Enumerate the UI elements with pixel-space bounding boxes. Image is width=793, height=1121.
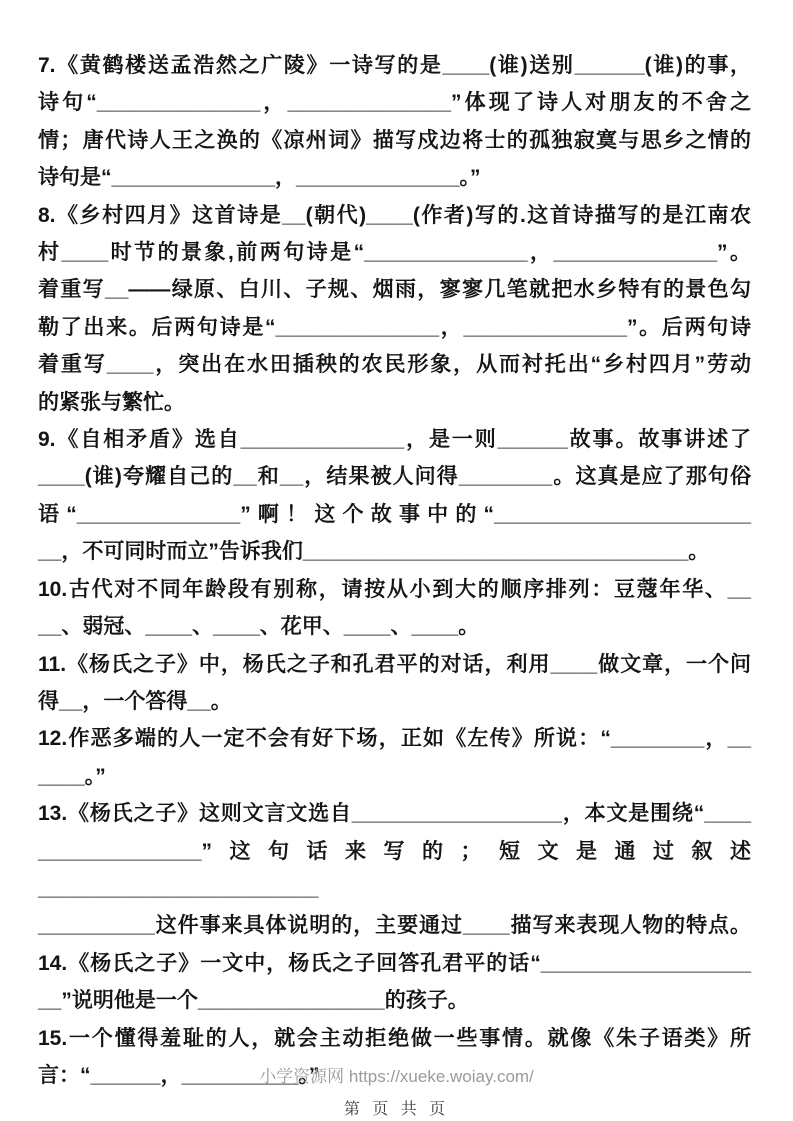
question-7-line-4: 诗句是“______________，______________。” (38, 159, 751, 196)
question-11: 11.《杨氏之子》中，杨氏之子和孔君平的对话，利用____做文章，一个问 得__… (38, 646, 751, 721)
question-7-line-3: 情；唐代诗人王之涣的《凉州词》描写戍边将士的孤独寂寞与思乡之情的 (38, 122, 751, 159)
question-10: 10.古代对不同年龄段有别称，请按从小到大的顺序排列：豆蔻年华、__ __、弱冠… (38, 571, 751, 646)
question-8-line-1: 8.《乡村四月》这首诗是__(朝代)____(作者)写的.这首诗描写的是江南农 (38, 197, 751, 234)
question-11-line-1: 11.《杨氏之子》中，杨氏之子和孔君平的对话，利用____做文章，一个问 (38, 646, 751, 683)
question-8-line-5: 着重写____，突出在水田插秧的农民形象，从而衬托出“乡村四月”劳动 (38, 346, 751, 383)
question-11-line-2: 得__，一个答得__。 (38, 683, 751, 720)
question-14-line-2: __”说明他是一个________________的孩子。 (38, 982, 751, 1019)
question-10-line-2: __、弱冠、____、____、花甲、____、____。 (38, 608, 751, 645)
question-list: 7.《黄鹤楼送孟浩然之广陵》一诗写的是____(谁)送别______(谁)的事，… (38, 47, 751, 1094)
question-8-line-4: 勒了出来。后两句诗是“______________，______________… (38, 309, 751, 346)
question-9: 9.《自相矛盾》选自______________，是一则______故事。故事讲… (38, 421, 751, 571)
question-7: 7.《黄鹤楼送孟浩然之广陵》一诗写的是____(谁)送别______(谁)的事，… (38, 47, 751, 197)
question-14: 14.《杨氏之子》一文中，杨氏之子回答孔君平的话“_______________… (38, 945, 751, 1020)
question-13: 13.《杨氏之子》这则文言文选自__________________，本文是围绕… (38, 795, 751, 945)
question-13-line-3: __________这件事来具体说明的，主要通过____描写来表现人物的特点。 (38, 907, 751, 944)
question-7-line-1: 7.《黄鹤楼送孟浩然之广陵》一诗写的是____(谁)送别______(谁)的事， (38, 47, 751, 84)
question-15-line-1: 15.一个懂得羞耻的人，就会主动拒绝做一些事情。就像《朱子语类》所 (38, 1020, 751, 1057)
question-9-line-3: 语“______________”啊！这个故事中的“______________… (38, 496, 751, 533)
question-13-line-2: ______________”这句话来写的；短文是通过叙述___________… (38, 833, 751, 908)
question-9-line-1: 9.《自相矛盾》选自______________，是一则______故事。故事讲… (38, 421, 751, 458)
question-13-line-1: 13.《杨氏之子》这则文言文选自__________________，本文是围绕… (38, 795, 751, 832)
question-7-line-2: 诗句“______________，______________”体现了诗人对朋… (38, 84, 751, 121)
question-12-line-2: ____。” (38, 758, 751, 795)
question-12-line-1: 12.作恶多端的人一定不会有好下场，正如《左传》所说：“________，__ (38, 720, 751, 757)
watermark-link[interactable]: 小学资源网 https://xueke.woiay.com/ (0, 1062, 793, 1087)
question-12: 12.作恶多端的人一定不会有好下场，正如《左传》所说：“________，__ … (38, 720, 751, 795)
question-8-line-2: 村____时节的景象,前两句诗是“______________，________… (38, 234, 751, 271)
question-10-line-1: 10.古代对不同年龄段有别称，请按从小到大的顺序排列：豆蔻年华、__ (38, 571, 751, 608)
question-14-line-1: 14.《杨氏之子》一文中，杨氏之子回答孔君平的话“_______________… (38, 945, 751, 982)
question-9-line-2: ____(谁)夸耀自己的__和__，结果被人问得________。这真是应了那句… (38, 458, 751, 495)
question-8: 8.《乡村四月》这首诗是__(朝代)____(作者)写的.这首诗描写的是江南农 … (38, 197, 751, 421)
page-number-label: 第 页 共 页 (0, 1096, 793, 1119)
question-9-line-4: __，不可同时而立”告诉我们__________________________… (38, 533, 751, 570)
question-8-line-3: 着重写__——绿原、白川、子规、烟雨，寥寥几笔就把水乡特有的景色勾 (38, 271, 751, 308)
worksheet-page: { "page": { "background_color": "#ffffff… (0, 0, 793, 1121)
question-8-line-6: 的紧张与繁忙。 (38, 384, 751, 421)
